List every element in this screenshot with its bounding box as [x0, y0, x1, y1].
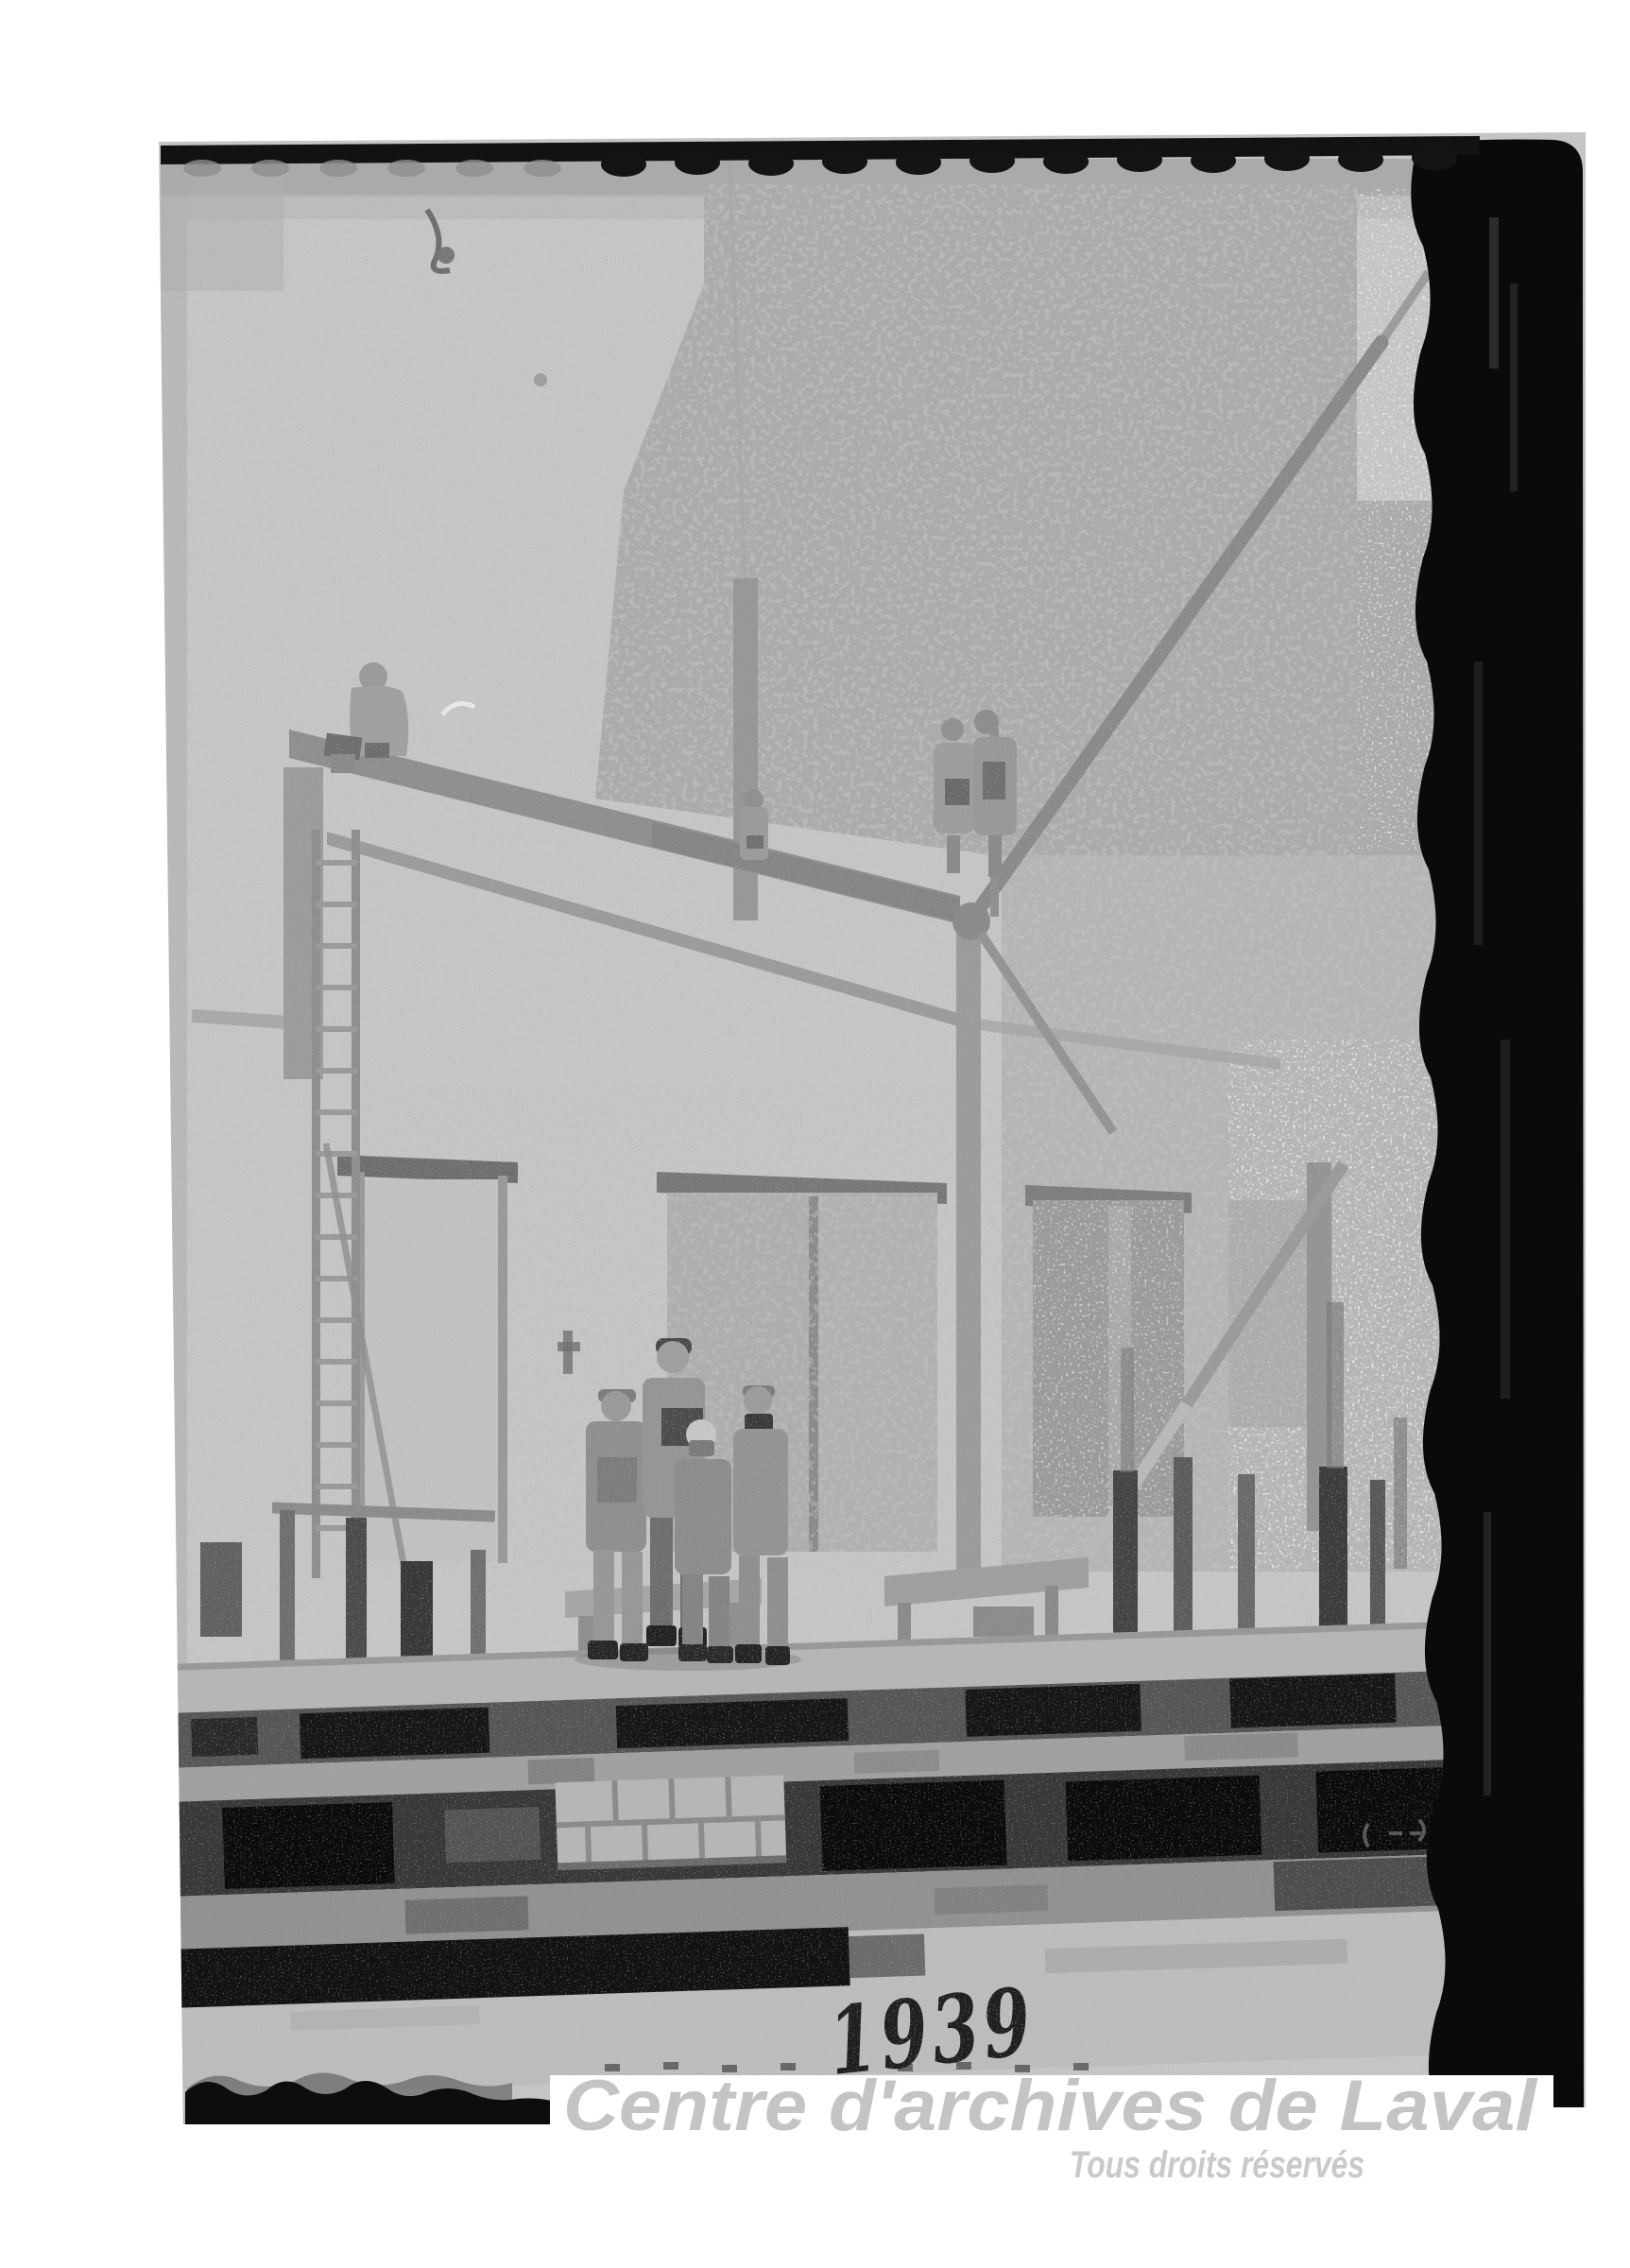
film-grain — [159, 132, 1586, 2128]
corner-patch — [1550, 2107, 1606, 2130]
photo-print: 1939 — [151, 132, 1597, 2136]
watermark-title: Centre d'archives de Laval — [563, 2066, 1538, 2146]
watermark-subtitle: Tous droits réservés — [1070, 2144, 1364, 2186]
archival-photo-scan-page: 1939 — [0, 0, 1630, 2268]
